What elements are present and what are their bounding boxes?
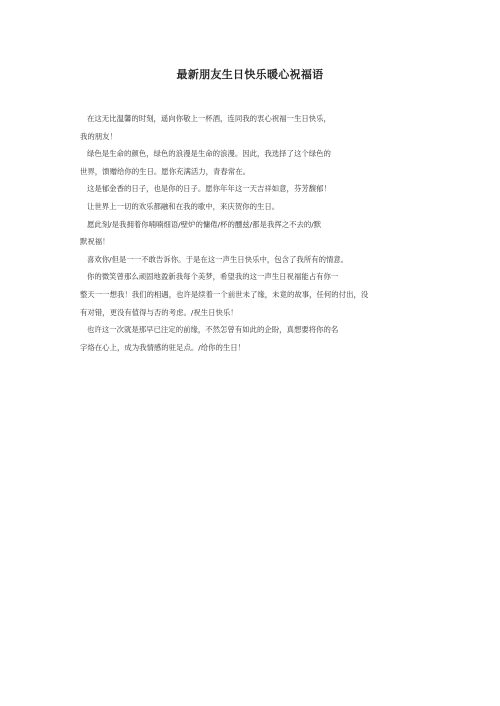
body-line: 这是郁金香的日子，也是你的日子。愿你年年这一天吉祥如意，芬芳馥郁！ [80,180,425,198]
body-line: 整天一一想我！我们的相遇，也许是续着一个前世未了缘，未竟的故事，任何的付出，没 [80,286,425,304]
body-line: 字烙在心上，成为我情感的驻足点。/给你的生日！ [80,339,425,357]
body-line: 喜欢你/但是一一不敢告诉你。于是在这一声生日快乐中，包含了我所有的情意。 [80,251,425,269]
body-line: 你的微笑曾那么顽固地盈新我每个美梦，希望我的这一声生日祝福能占有你一 [80,268,425,286]
body-line: 默祝福！ [80,233,425,251]
body-line: 世界，馈赠给你的生日。愿你充满活力，青春常在。 [80,163,425,181]
document-title: 最新朋友生日快乐暖心祝福语 [0,66,500,82]
body-line: 让世界上一切的欢乐都融和在我的歌中，来庆贺你的生日。 [80,198,425,216]
body-line: 在这无比温馨的时刻，遥向你敬上一杯酒，连同我的衷心祝福一生日快乐， [80,110,425,128]
body-line: 绿色是生命的颜色，绿色的浪漫是生命的浪漫。因此，我选择了这个绿色的 [80,145,425,163]
body-line: 也许这一次就是那早已注定的前缘，不然怎曾有如此的企盼，真想要将你的名 [80,321,425,339]
document-page: 最新朋友生日快乐暖心祝福语 在这无比温馨的时刻，遥向你敬上一杯酒，连同我的衷心祝… [0,0,500,706]
body-line: 愿此刻/是我拥着你喃喃细语/壁炉的慵倦/杯的醺兹/都是我挥之不去的/默 [80,216,425,234]
body-line: 有对错，更没有值得与否的考虑。/祝生日快乐！ [80,304,425,322]
body-line: 我的朋友！ [80,128,425,146]
document-body: 在这无比温馨的时刻，遥向你敬上一杯酒，连同我的衷心祝福一生日快乐， 我的朋友！ … [80,110,425,356]
